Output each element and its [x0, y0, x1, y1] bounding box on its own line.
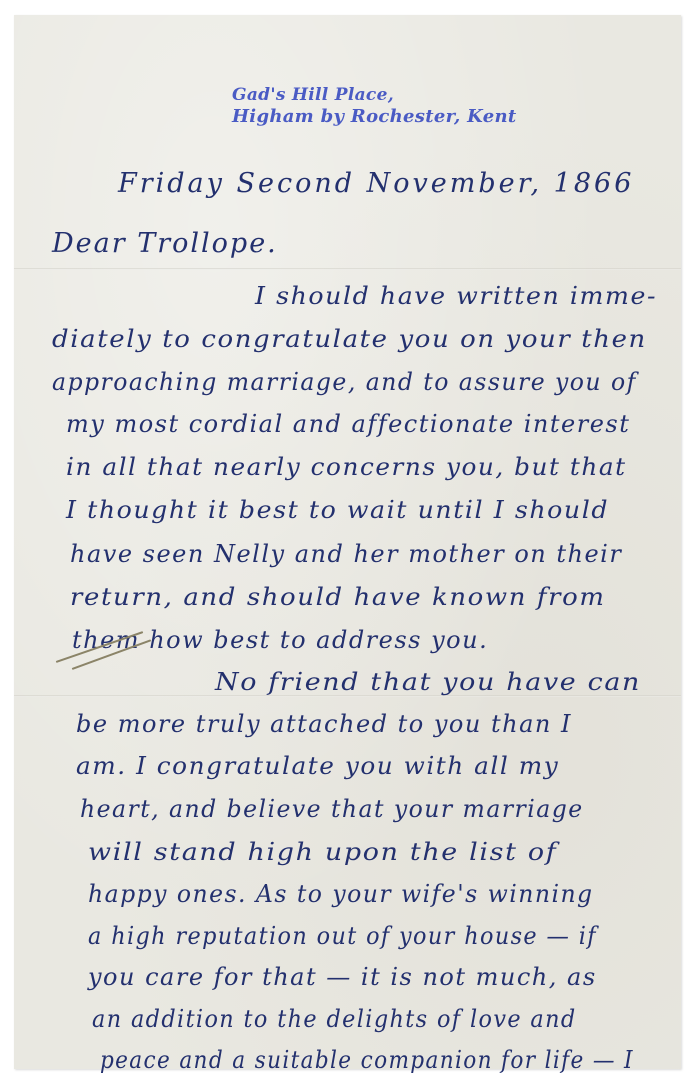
letter-line: a high reputation out of your house — if — [88, 922, 597, 950]
letter-date: Friday Second November, 1866 — [118, 168, 634, 199]
letter-line: peace and a suitable companion for life … — [100, 1046, 634, 1074]
letter-line: my most cordial and affectionate interes… — [66, 410, 630, 438]
letter-line: No friend that you have can — [215, 668, 641, 696]
letter-line: happy ones. As to your wife's winning — [88, 880, 594, 908]
letter-line: diately to congratulate you on your then — [52, 325, 647, 353]
letterhead: Gad's Hill Place, Higham by Rochester, K… — [232, 84, 516, 128]
letter-line: am. I congratulate you with all my — [76, 752, 559, 780]
letter-line: in all that nearly concerns you, but tha… — [66, 453, 627, 481]
letter-line: I should have written imme- — [255, 282, 657, 310]
letter-salutation: Dear Trollope. — [52, 228, 278, 259]
paper-fold-line — [14, 268, 681, 270]
letterhead-line-1: Gad's Hill Place, — [232, 84, 516, 106]
letterhead-line-2: Higham by Rochester, Kent — [232, 106, 516, 128]
letter-line: an addition to the delights of love and — [92, 1005, 577, 1033]
letter-line: approaching marriage, and to assure you … — [52, 368, 637, 396]
letter-line: will stand high upon the list of — [88, 838, 557, 866]
letter-line: return, and should have known from — [70, 583, 606, 611]
letter-line: I thought it best to wait until I should — [66, 496, 609, 524]
letter-line: be more truly attached to you than I — [76, 710, 572, 738]
letter-line: them how best to address you. — [72, 626, 488, 654]
letter-line: have seen Nelly and her mother on their — [70, 540, 622, 568]
letter-line: heart, and believe that your marriage — [80, 795, 584, 823]
letter-line: you care for that — it is not much, as — [88, 963, 597, 991]
